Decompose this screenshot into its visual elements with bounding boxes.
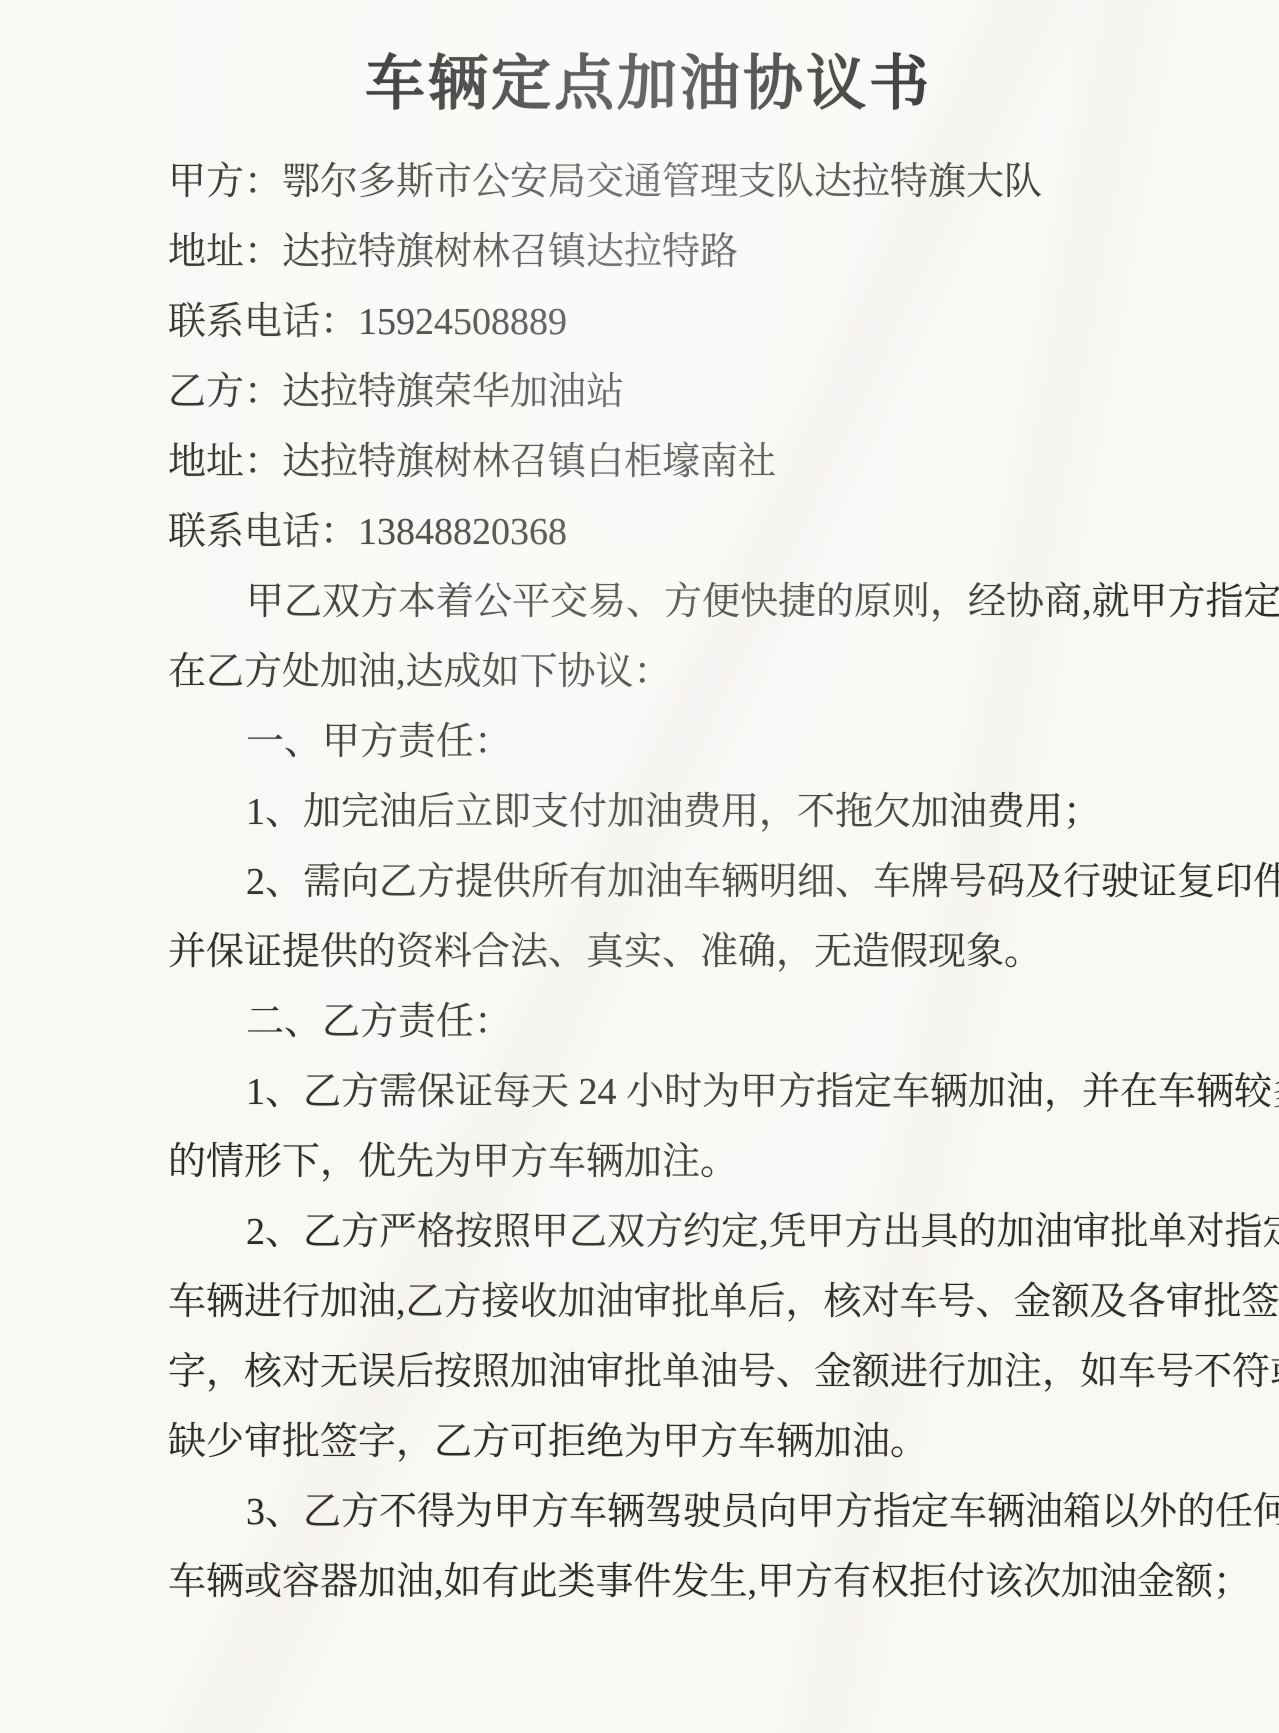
document-line: 2、需向乙方提供所有加油车辆明细、车牌号码及行驶证复印件， (168, 842, 1129, 912)
document-line: 车辆进行加油,乙方接收加油审批单后，核对车号、金额及各审批签 (168, 1262, 1129, 1332)
document-line: 车辆或容器加油,如有此类事件发生,甲方有权拒付该次加油金额； (168, 1542, 1129, 1612)
document-line: 在乙方处加油,达成如下协议： (168, 632, 1129, 702)
document-line: 一、甲方责任： (168, 702, 1129, 772)
document-line: 1、加完油后立即支付加油费用，不拖欠加油费用； (168, 772, 1129, 842)
scanned-agreement-page: 车辆定点加油协议书 甲方：鄂尔多斯市公安局交通管理支队达拉特旗大队地址：达拉特旗… (0, 0, 1279, 1733)
document-line: 地址：达拉特旗树林召镇达拉特路 (168, 212, 1129, 282)
document-line: 的情形下，优先为甲方车辆加注。 (168, 1122, 1129, 1192)
document-body: 甲方：鄂尔多斯市公安局交通管理支队达拉特旗大队地址：达拉特旗树林召镇达拉特路联系… (168, 142, 1129, 1612)
document-line: 缺少审批签字，乙方可拒绝为甲方车辆加油。 (168, 1402, 1129, 1472)
document-line: 地址：达拉特旗树林召镇白柜壕南社 (168, 422, 1129, 492)
document-line: 甲方：鄂尔多斯市公安局交通管理支队达拉特旗大队 (168, 142, 1129, 212)
document-line: 二、乙方责任： (168, 982, 1129, 1052)
document-line: 乙方：达拉特旗荣华加油站 (168, 352, 1129, 422)
document-content: 车辆定点加油协议书 甲方：鄂尔多斯市公安局交通管理支队达拉特旗大队地址：达拉特旗… (0, 0, 1279, 1612)
document-line: 联系电话：13848820368 (168, 492, 1129, 562)
document-line: 2、乙方严格按照甲乙双方约定,凭甲方出具的加油审批单对指定 (168, 1192, 1129, 1262)
document-line: 1、乙方需保证每天 24 小时为甲方指定车辆加油，并在车辆较多 (168, 1052, 1129, 1122)
document-line: 字，核对无误后按照加油审批单油号、金额进行加注，如车号不符或 (168, 1332, 1129, 1402)
document-title: 车辆定点加油协议书 (168, 40, 1129, 128)
document-line: 甲乙双方本着公平交易、方便快捷的原则，经协商,就甲方指定 (168, 562, 1129, 632)
document-line: 联系电话：15924508889 (168, 282, 1129, 352)
document-line: 3、乙方不得为甲方车辆驾驶员向甲方指定车辆油箱以外的任何 (168, 1472, 1129, 1542)
document-line: 并保证提供的资料合法、真实、准确，无造假现象。 (168, 912, 1129, 982)
